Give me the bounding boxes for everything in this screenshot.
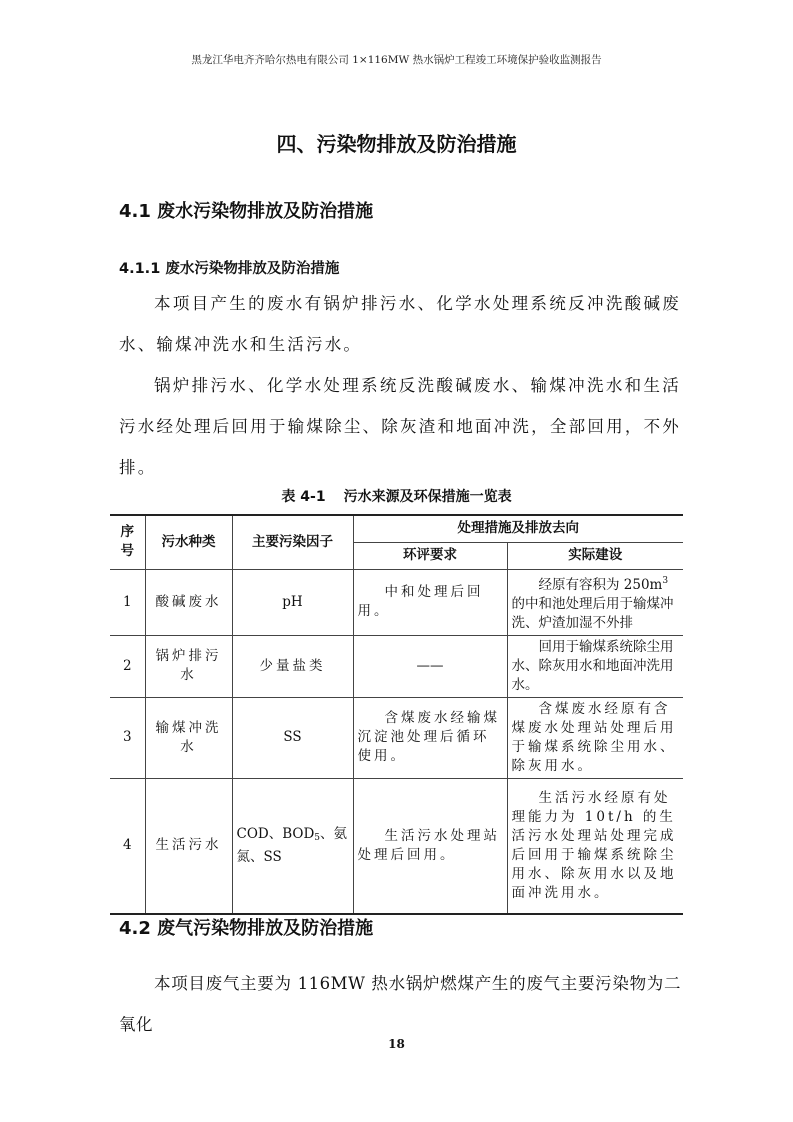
table-row: 3 输煤冲洗水 SS 含煤废水经输煤沉淀池处理后循环使用。 含煤废水经原有含煤废…	[110, 697, 683, 778]
paragraph-wastewater-treatment: 锅炉排污水、化学水处理系统反洗酸碱废水、输煤冲洗水和生活污水经处理后回用于输煤除…	[119, 365, 681, 488]
header-measures-group: 处理措施及排放去向	[353, 515, 683, 542]
cell-pollutants: SS	[232, 697, 353, 778]
actual-construction-text: 经原有容积为 250m	[539, 577, 663, 593]
cell-actual-construction: 含煤废水经原有含煤废水处理站处理后用于输煤系统除尘用水、除灰用水。	[507, 697, 683, 778]
page-number: 18	[0, 1037, 793, 1051]
header-eia-requirement: 环评要求	[353, 542, 507, 569]
header-actual-construction: 实际建设	[507, 542, 683, 569]
wastewater-measures-table: 序号 污水种类 主要污染因子 处理措施及排放去向 环评要求 实际建设 1 酸碱废…	[110, 514, 683, 915]
cell-no: 1	[110, 569, 145, 635]
header-wastewater-type: 污水种类	[145, 515, 232, 569]
section-4-1-heading: 4.1 废水污染物排放及防治措施	[119, 197, 373, 223]
chapter-title: 四、污染物排放及防治措施	[0, 128, 793, 157]
actual-construction-text-cont: 的中和池处理后用于输煤冲洗、炉渣加湿不外排	[512, 596, 674, 631]
cell-eia-requirement: 中和处理后回用。	[353, 569, 507, 635]
header-no: 序号	[110, 515, 145, 569]
table-header-row: 序号 污水种类 主要污染因子 处理措施及排放去向	[110, 515, 683, 542]
cell-actual-construction: 生活污水经原有处理能力为 10t/h 的生活污水处理站处理完成后回用于输煤系统除…	[507, 778, 683, 914]
superscript: 3	[662, 576, 668, 586]
cell-type: 生活污水	[145, 778, 232, 914]
cell-pollutants: pH	[232, 569, 353, 635]
cell-type: 锅炉排污水	[145, 635, 232, 697]
table-row: 4 生活污水 COD、BOD5、氨氮、SS 生活污水处理站处理后回用。 生活污水…	[110, 778, 683, 914]
table-row: 1 酸碱废水 pH 中和处理后回用。 经原有容积为 250m3的中和池处理后用于…	[110, 569, 683, 635]
cell-no: 2	[110, 635, 145, 697]
paragraph-wastewater-sources: 本项目产生的废水有锅炉排污水、化学水处理系统反冲洗酸碱废水、输煤冲洗水和生活污水…	[119, 283, 681, 365]
section-4-2-heading: 4.2 废气污染物排放及防治措施	[119, 914, 373, 940]
running-header: 黑龙江华电齐齐哈尔热电有限公司 1×116MW 热水锅炉工程竣工环境保护验收监测…	[0, 52, 793, 67]
paragraph-exhaust-gas: 本项目废气主要为 116MW 热水锅炉燃煤产生的废气主要污染物为二氧化	[119, 963, 681, 1045]
cell-eia-requirement: ——	[353, 635, 507, 697]
cell-actual-construction: 回用于输煤系统除尘用水、除灰用水和地面冲洗用水。	[507, 635, 683, 697]
table-caption: 表 4-1污水来源及环保措施一览表	[0, 486, 793, 506]
subsection-4-1-1-heading: 4.1.1 废水污染物排放及防治措施	[119, 257, 339, 278]
cell-no: 4	[110, 778, 145, 914]
cell-pollutants: COD、BOD5、氨氮、SS	[232, 778, 353, 914]
cell-type: 酸碱废水	[145, 569, 232, 635]
table-caption-title: 污水来源及环保措施一览表	[344, 489, 512, 505]
table-caption-number: 表 4-1	[281, 489, 325, 505]
table-row: 2 锅炉排污水 少量盐类 —— 回用于输煤系统除尘用水、除灰用水和地面冲洗用水。	[110, 635, 683, 697]
cell-actual-construction: 经原有容积为 250m3的中和池处理后用于输煤冲洗、炉渣加湿不外排	[507, 569, 683, 635]
cell-pollutants: 少量盐类	[232, 635, 353, 697]
cell-eia-requirement: 含煤废水经输煤沉淀池处理后循环使用。	[353, 697, 507, 778]
pollutants-text: COD、BOD	[237, 826, 315, 842]
header-main-pollutants: 主要污染因子	[232, 515, 353, 569]
cell-type: 输煤冲洗水	[145, 697, 232, 778]
cell-eia-requirement: 生活污水处理站处理后回用。	[353, 778, 507, 914]
cell-no: 3	[110, 697, 145, 778]
